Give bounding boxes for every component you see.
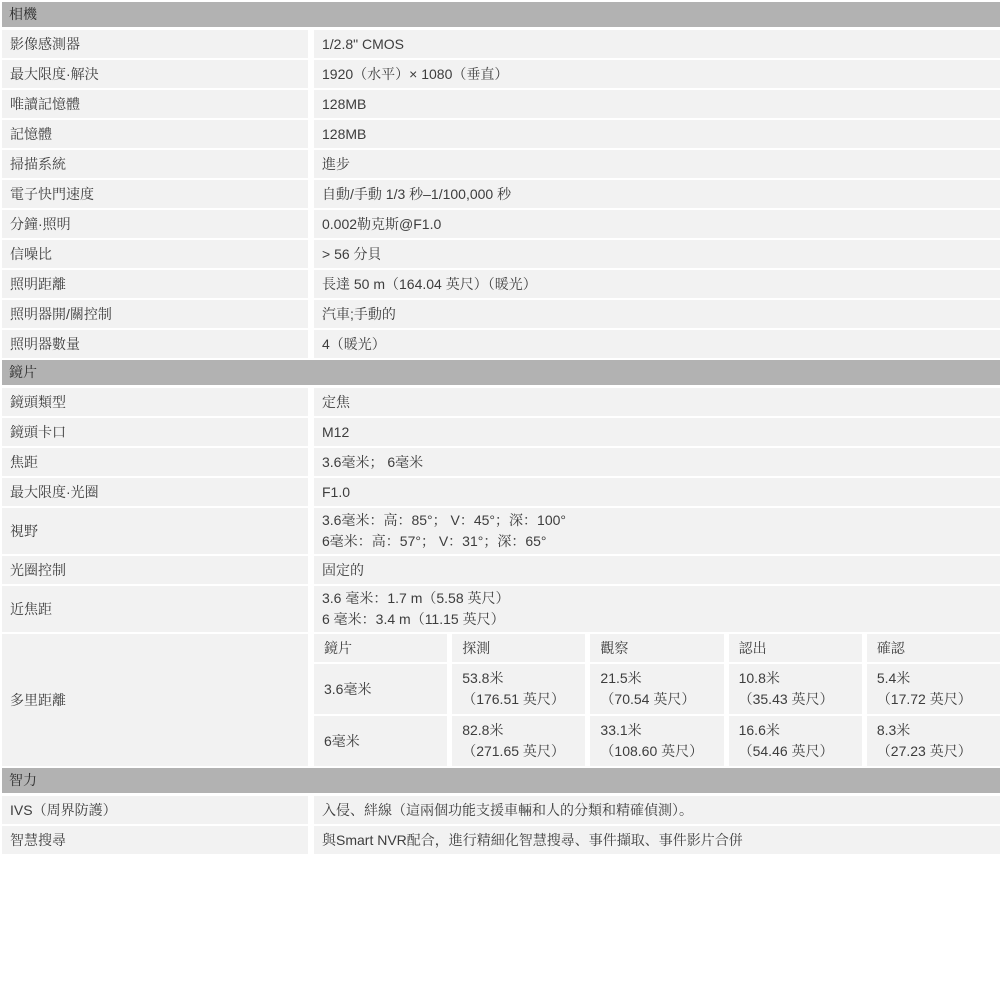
distance-feet: （17.72 英尺） bbox=[877, 689, 972, 710]
distance-feet: （271.65 英尺） bbox=[462, 741, 565, 762]
spec-label: 最大限度·解決 bbox=[2, 60, 308, 88]
distance-feet: （35.43 英尺） bbox=[739, 689, 834, 710]
spec-label: 分鐘·照明 bbox=[2, 210, 308, 238]
distance-value-cell: 53.8米 （176.51 英尺） bbox=[452, 664, 585, 714]
spec-row: 唯讀記憶體128MB bbox=[2, 90, 1000, 118]
spec-label: 唯讀記憶體 bbox=[2, 90, 308, 118]
distance-meters: 53.8米 bbox=[462, 668, 503, 689]
spec-value: 汽車;手動的 bbox=[314, 300, 1000, 328]
spec-label: 照明距離 bbox=[2, 270, 308, 298]
spec-row: 最大限度·光圈F1.0 bbox=[2, 478, 1000, 506]
spec-label: 多里距離 bbox=[2, 634, 308, 766]
spec-label: 信噪比 bbox=[2, 240, 308, 268]
distance-data-row: 3.6毫米 53.8米 （176.51 英尺） 21.5米 （70.54 英尺）… bbox=[314, 664, 1000, 714]
distance-lens-cell: 6毫米 bbox=[314, 716, 447, 766]
spec-value: 3.6毫米； 6毫米 bbox=[314, 448, 1000, 476]
distance-feet: （108.60 英尺） bbox=[600, 741, 703, 762]
distance-feet: （70.54 英尺） bbox=[600, 689, 695, 710]
spec-value: 定焦 bbox=[314, 388, 1000, 416]
spec-row: 照明器數量4（暖光） bbox=[2, 330, 1000, 358]
spec-value: 3.6 毫米：1.7 m（5.58 英尺） 6 毫米：3.4 m（11.15 英… bbox=[314, 586, 1000, 632]
distance-header-row: 鏡片 探測 觀察 認出 確認 bbox=[314, 634, 1000, 662]
distance-value-cell: 82.8米 （271.65 英尺） bbox=[452, 716, 585, 766]
distance-lens-cell: 3.6毫米 bbox=[314, 664, 447, 714]
distance-col-header: 探測 bbox=[452, 634, 585, 662]
distance-feet: （27.23 英尺） bbox=[877, 741, 972, 762]
distance-meters: 16.6米 bbox=[739, 720, 780, 741]
distance-col-header: 鏡片 bbox=[314, 634, 447, 662]
section-header-camera: 相機 bbox=[2, 2, 1000, 27]
spec-row: 影像感測器1/2.8" CMOS bbox=[2, 30, 1000, 58]
distance-meters: 5.4米 bbox=[877, 668, 910, 689]
spec-row: 照明器開/關控制汽車;手動的 bbox=[2, 300, 1000, 328]
spec-value: 128MB bbox=[314, 120, 1000, 148]
distance-feet: （176.51 英尺） bbox=[462, 689, 565, 710]
spec-value: 自動/手動 1/3 秒–1/100,000 秒 bbox=[314, 180, 1000, 208]
spec-label: 電子快門速度 bbox=[2, 180, 308, 208]
spec-row: 最大限度·解決1920（水平）× 1080（垂直） bbox=[2, 60, 1000, 88]
distance-value-cell: 5.4米 （17.72 英尺） bbox=[867, 664, 1000, 714]
spec-row: 分鐘·照明0.002勒克斯@F1.0 bbox=[2, 210, 1000, 238]
spec-label: 最大限度·光圈 bbox=[2, 478, 308, 506]
spec-value-line: 3.6毫米：高：85°； V：45°；深：100° bbox=[322, 510, 566, 531]
spec-row: 照明距離長達 50 m（164.04 英尺）（暖光） bbox=[2, 270, 1000, 298]
distance-value-cell: 8.3米 （27.23 英尺） bbox=[867, 716, 1000, 766]
distance-table: 鏡片 探測 觀察 認出 確認 3.6毫米 53.8米 （176.51 英尺） 2… bbox=[314, 634, 1000, 766]
distance-meters: 10.8米 bbox=[739, 668, 780, 689]
distance-meters: 8.3米 bbox=[877, 720, 910, 741]
distance-meters: 21.5米 bbox=[600, 668, 641, 689]
spec-value: 與Smart NVR配合，進行精細化智慧搜尋、事件擷取、事件影片合併 bbox=[314, 826, 1000, 854]
spec-row: 記憶體128MB bbox=[2, 120, 1000, 148]
spec-row: IVS（周界防護）入侵、絆線（這兩個功能支援車輛和人的分類和精確偵測）。 bbox=[2, 796, 1000, 824]
spec-label: 照明器數量 bbox=[2, 330, 308, 358]
distance-col-header: 觀察 bbox=[590, 634, 723, 662]
spec-row: 信噪比> 56 分貝 bbox=[2, 240, 1000, 268]
distance-value-cell: 33.1米 （108.60 英尺） bbox=[590, 716, 723, 766]
spec-row: 掃描系統進步 bbox=[2, 150, 1000, 178]
spec-label: IVS（周界防護） bbox=[2, 796, 308, 824]
spec-label: 掃描系統 bbox=[2, 150, 308, 178]
spec-value: 固定的 bbox=[314, 556, 1000, 584]
spec-value: 3.6毫米：高：85°； V：45°；深：100° 6毫米：高：57°； V：3… bbox=[314, 508, 1000, 554]
spec-row: 鏡頭卡口M12 bbox=[2, 418, 1000, 446]
spec-label: 智慧搜尋 bbox=[2, 826, 308, 854]
distance-data-row: 6毫米 82.8米 （271.65 英尺） 33.1米 （108.60 英尺） … bbox=[314, 716, 1000, 766]
spec-value: 1/2.8" CMOS bbox=[314, 30, 1000, 58]
spec-row-distance: 多里距離 鏡片 探測 觀察 認出 確認 3.6毫米 53.8米 （176.51 … bbox=[2, 634, 1000, 766]
distance-value-cell: 16.6米 （54.46 英尺） bbox=[729, 716, 862, 766]
spec-row: 焦距3.6毫米； 6毫米 bbox=[2, 448, 1000, 476]
spec-value: 4（暖光） bbox=[314, 330, 1000, 358]
spec-label: 鏡頭類型 bbox=[2, 388, 308, 416]
spec-label: 近焦距 bbox=[2, 586, 308, 632]
spec-value: F1.0 bbox=[314, 478, 1000, 506]
spec-sheet: 相機 影像感測器1/2.8" CMOS 最大限度·解決1920（水平）× 108… bbox=[0, 0, 1000, 1000]
spec-row: 鏡頭類型定焦 bbox=[2, 388, 1000, 416]
spec-value: > 56 分貝 bbox=[314, 240, 1000, 268]
spec-row-field-of-view: 視野 3.6毫米：高：85°； V：45°；深：100° 6毫米：高：57°； … bbox=[2, 508, 1000, 554]
distance-meters: 33.1米 bbox=[600, 720, 641, 741]
spec-label: 光圈控制 bbox=[2, 556, 308, 584]
distance-meters: 82.8米 bbox=[462, 720, 503, 741]
spec-value: 進步 bbox=[314, 150, 1000, 178]
spec-label: 鏡頭卡口 bbox=[2, 418, 308, 446]
distance-feet: （54.46 英尺） bbox=[739, 741, 834, 762]
spec-value: 長達 50 m（164.04 英尺）（暖光） bbox=[314, 270, 1000, 298]
spec-value: 1920（水平）× 1080（垂直） bbox=[314, 60, 1000, 88]
spec-row-close-focus: 近焦距 3.6 毫米：1.7 m（5.58 英尺） 6 毫米：3.4 m（11.… bbox=[2, 586, 1000, 632]
spec-label: 照明器開/關控制 bbox=[2, 300, 308, 328]
section-header-intelligence: 智力 bbox=[2, 768, 1000, 793]
spec-row: 光圈控制固定的 bbox=[2, 556, 1000, 584]
spec-value-line: 6 毫米：3.4 m（11.15 英尺） bbox=[322, 609, 505, 630]
spec-row: 電子快門速度自動/手動 1/3 秒–1/100,000 秒 bbox=[2, 180, 1000, 208]
spec-label: 焦距 bbox=[2, 448, 308, 476]
spec-value-line: 3.6 毫米：1.7 m（5.58 英尺） bbox=[322, 588, 510, 609]
spec-row: 智慧搜尋與Smart NVR配合，進行精細化智慧搜尋、事件擷取、事件影片合併 bbox=[2, 826, 1000, 854]
spec-value-line: 6毫米：高：57°； V：31°；深：65° bbox=[322, 531, 547, 552]
spec-label: 視野 bbox=[2, 508, 308, 554]
spec-label: 記憶體 bbox=[2, 120, 308, 148]
distance-value-cell: 21.5米 （70.54 英尺） bbox=[590, 664, 723, 714]
section-header-lens: 鏡片 bbox=[2, 360, 1000, 385]
spec-label: 影像感測器 bbox=[2, 30, 308, 58]
distance-col-header: 認出 bbox=[729, 634, 862, 662]
spec-value: 128MB bbox=[314, 90, 1000, 118]
distance-value-cell: 10.8米 （35.43 英尺） bbox=[729, 664, 862, 714]
distance-col-header: 確認 bbox=[867, 634, 1000, 662]
spec-value: M12 bbox=[314, 418, 1000, 446]
spec-value: 入侵、絆線（這兩個功能支援車輛和人的分類和精確偵測）。 bbox=[314, 796, 1000, 824]
spec-value: 0.002勒克斯@F1.0 bbox=[314, 210, 1000, 238]
